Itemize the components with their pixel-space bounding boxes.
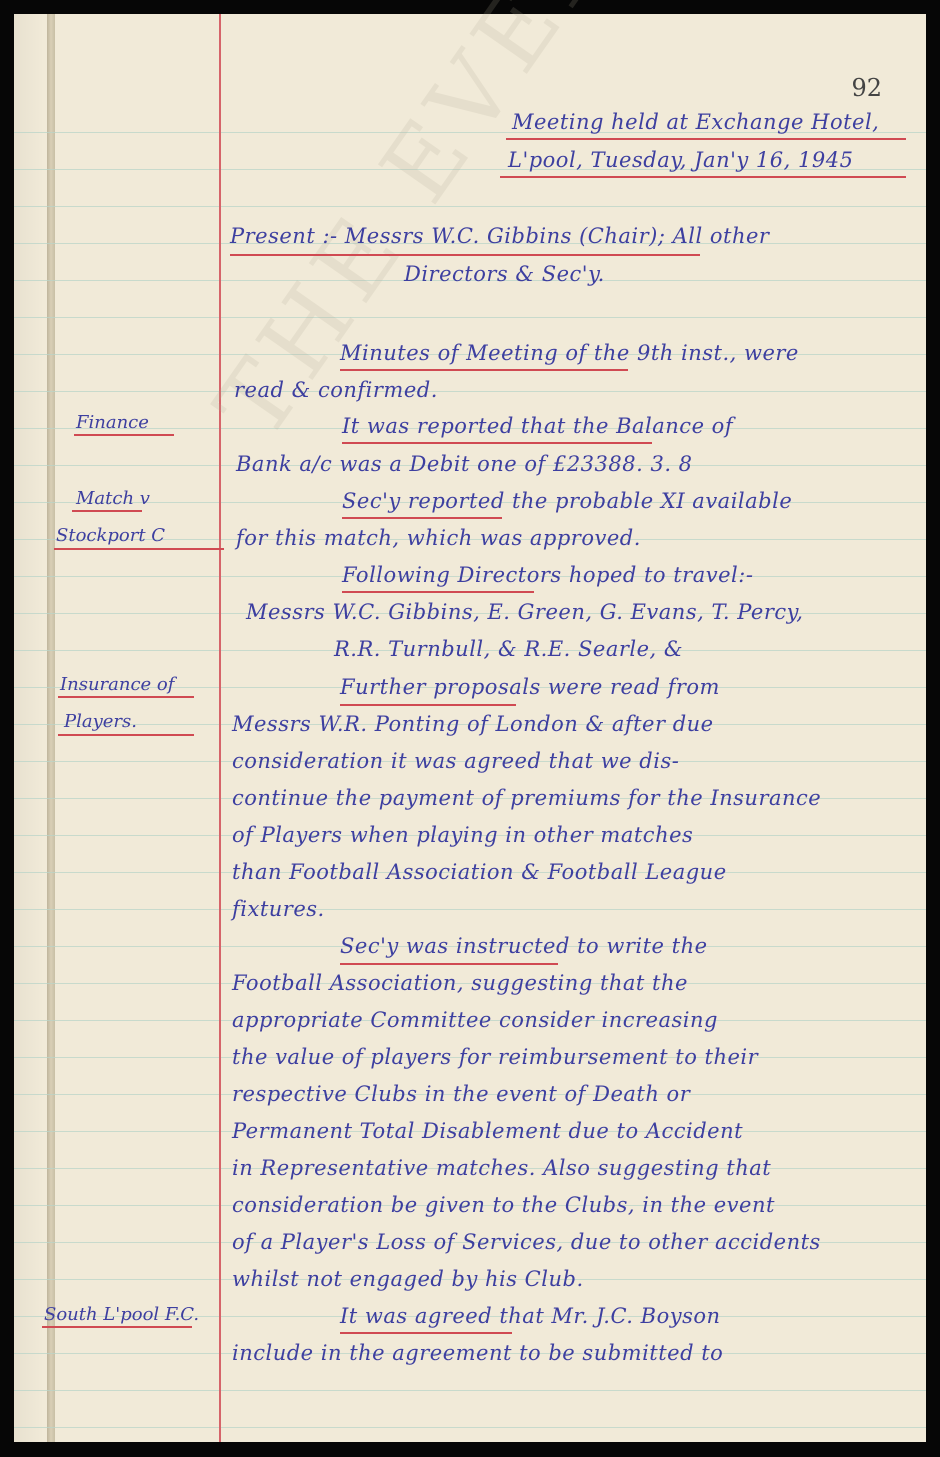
finance-line: It was reported that the Balance of xyxy=(342,414,733,438)
margin-underline xyxy=(42,1326,192,1328)
south-lpool-line: It was agreed that Mr. J.C. Boyson xyxy=(340,1304,721,1328)
insurance-line: Further proposals were read from xyxy=(340,675,720,699)
finance-underline xyxy=(342,442,652,444)
present-line1: Present :- Messrs W.C. Gibbins (Chair); … xyxy=(230,224,769,248)
insurance-line: the value of players for reimbursement t… xyxy=(232,1045,758,1069)
match-underline xyxy=(342,517,502,519)
minutes-underline xyxy=(340,369,628,371)
ruled-line xyxy=(14,909,926,910)
ruled-line xyxy=(14,206,926,207)
heading-underline xyxy=(506,138,906,140)
ruled-line xyxy=(14,391,926,392)
insurance-line: fixtures. xyxy=(232,897,325,921)
margin-label-insurance: Insurance of xyxy=(60,674,174,695)
insurance-line: Permanent Total Disablement due to Accid… xyxy=(232,1119,743,1143)
minutes-line: Minutes of Meeting of the 9th inst., wer… xyxy=(340,341,799,365)
insurance-line: than Football Association & Football Lea… xyxy=(232,860,727,884)
margin-line xyxy=(219,14,221,1442)
present-underline xyxy=(230,254,700,256)
margin-label-south-lpool: South L'pool F.C. xyxy=(44,1304,199,1325)
match-line: Messrs W.C. Gibbins, E. Green, G. Evans,… xyxy=(246,600,803,624)
match-underline xyxy=(342,591,534,593)
match-line: R.R. Turnbull, & R.E. Searle, & xyxy=(334,637,683,661)
insurance-line: consideration it was agreed that we dis- xyxy=(232,749,679,773)
insurance-line: Messrs W.R. Ponting of London & after du… xyxy=(232,712,714,736)
margin-underline xyxy=(74,434,174,436)
match-line: Following Directors hoped to travel:- xyxy=(342,563,753,587)
margin-label-finance: Finance xyxy=(76,412,149,433)
insurance-line: Football Association, suggesting that th… xyxy=(232,971,688,995)
meeting-heading-line2: L'pool, Tuesday, Jan'y 16, 1945 xyxy=(508,148,853,172)
margin-label-match: Match v xyxy=(76,488,150,509)
insurance-line: appropriate Committee consider increasin… xyxy=(232,1008,718,1032)
present-line2: Directors & Sec'y. xyxy=(404,262,605,286)
insurance-line: Sec'y was instructed to write the xyxy=(340,934,708,958)
margin-underline xyxy=(58,696,194,698)
heading-underline xyxy=(500,176,906,178)
match-line: for this match, which was approved. xyxy=(236,526,641,550)
margin-label-players: Players. xyxy=(64,711,137,732)
margin-underline xyxy=(58,734,194,736)
ruled-line xyxy=(14,1427,926,1428)
page-number: 92 xyxy=(851,74,882,102)
finance-line: Bank a/c was a Debit one of £23388. 3. 8 xyxy=(236,452,693,476)
ledger-page: THE EVERTON COLLECTION CHARITABLE TRUST … xyxy=(14,14,926,1442)
insurance-line: in Representative matches. Also suggesti… xyxy=(232,1156,771,1180)
match-line: Sec'y reported the probable XI available xyxy=(342,489,792,513)
insurance-line: consideration be given to the Clubs, in … xyxy=(232,1193,775,1217)
margin-underline xyxy=(72,510,142,512)
insurance-underline xyxy=(340,963,558,965)
meeting-heading-line1: Meeting held at Exchange Hotel, xyxy=(512,110,879,134)
insurance-underline xyxy=(340,704,516,706)
ruled-line xyxy=(14,1390,926,1391)
minutes-line: read & confirmed. xyxy=(234,378,438,402)
insurance-line: of Players when playing in other matches xyxy=(232,823,693,847)
binding-spine xyxy=(47,14,55,1442)
south-lpool-line: include in the agreement to be submitted… xyxy=(232,1341,723,1365)
insurance-line: whilst not engaged by his Club. xyxy=(232,1267,584,1291)
insurance-line: of a Player's Loss of Services, due to o… xyxy=(232,1230,821,1254)
ruled-line xyxy=(14,317,926,318)
insurance-line: continue the payment of premiums for the… xyxy=(232,786,821,810)
insurance-line: respective Clubs in the event of Death o… xyxy=(232,1082,690,1106)
south-lpool-underline xyxy=(340,1332,512,1334)
margin-label-stockport: Stockport C xyxy=(56,525,165,546)
margin-underline xyxy=(54,548,224,550)
